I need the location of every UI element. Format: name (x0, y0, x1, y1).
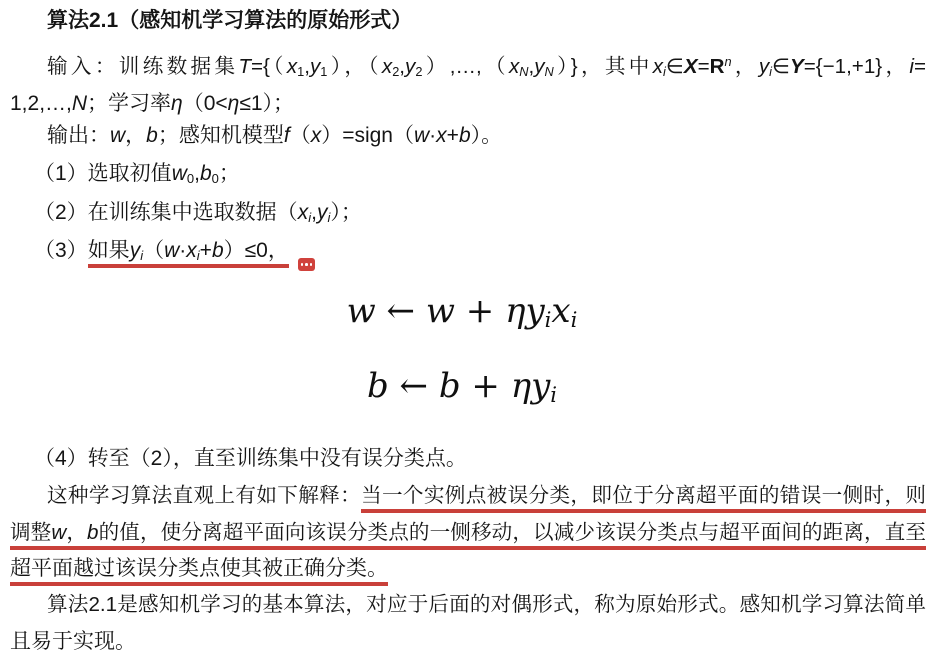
algorithm-input-line-1: 输入：训练数据集T={（x1,y1），（x2,y2）,…,（xN,yN）}，其中… (10, 53, 926, 82)
document-page: 算法2.1（感知机学习算法的原始形式） 输入：训练数据集T={（x1,y1），（… (0, 0, 939, 656)
algorithm-step-3: （3）如果yi（w·xi+b）≤0， (34, 237, 289, 266)
badge-dot (301, 263, 304, 266)
explanation-line-1: 这种学习算法直观上有如下解释：当一个实例点被误分类，即位于分离超平面的错误一侧时… (10, 482, 926, 509)
annotation-more-icon[interactable] (298, 258, 315, 271)
closing-line-1: 算法2.1是感知机学习的基本算法，对应于后面的对偶形式，称为原始形式。感知机学习… (10, 591, 926, 618)
red-underline: 调整w，b的值，使分离超平面向该误分类点的一侧移动，以减少该误分类点与超平面间的… (10, 521, 926, 550)
badge-dot (305, 263, 308, 266)
closing-line-2: 且易于实现。 (10, 628, 136, 655)
red-underline: 超平面越过该误分类点使其被正确分类。 (10, 557, 388, 586)
explanation-line-3: 超平面越过该误分类点使其被正确分类。 (10, 555, 388, 582)
badge-dot (310, 263, 313, 266)
update-formula-w: w ← w + ηyixi (0, 289, 924, 337)
algorithm-step-2: （2）在训练集中选取数据（xi,yi）； (34, 199, 362, 228)
algorithm-step-4: （4）转至（2），直至训练集中没有误分类点。 (34, 445, 467, 472)
explanation-line-2: 调整w，b的值，使分离超平面向该误分类点的一侧移动，以减少该误分类点与超平面间的… (10, 519, 926, 546)
algorithm-input-line-2: 1,2,…,N；学习率η（0<η≤1）； (10, 90, 294, 117)
red-underline: 当一个实例点被误分类，即位于分离超平面的错误一侧时，则 (361, 484, 926, 513)
algorithm-title: 算法2.1（感知机学习算法的原始形式） (47, 7, 412, 34)
red-underline: 如果yi（w·xi+b）≤0， (88, 239, 289, 268)
algorithm-step-1: （1）选取初值w0,b0； (34, 160, 240, 189)
update-formula-b: b ← b + ηyi (0, 364, 924, 412)
algorithm-output-line: 输出：w，b；感知机模型f（x）=sign（w·x+b）。 (47, 122, 502, 149)
